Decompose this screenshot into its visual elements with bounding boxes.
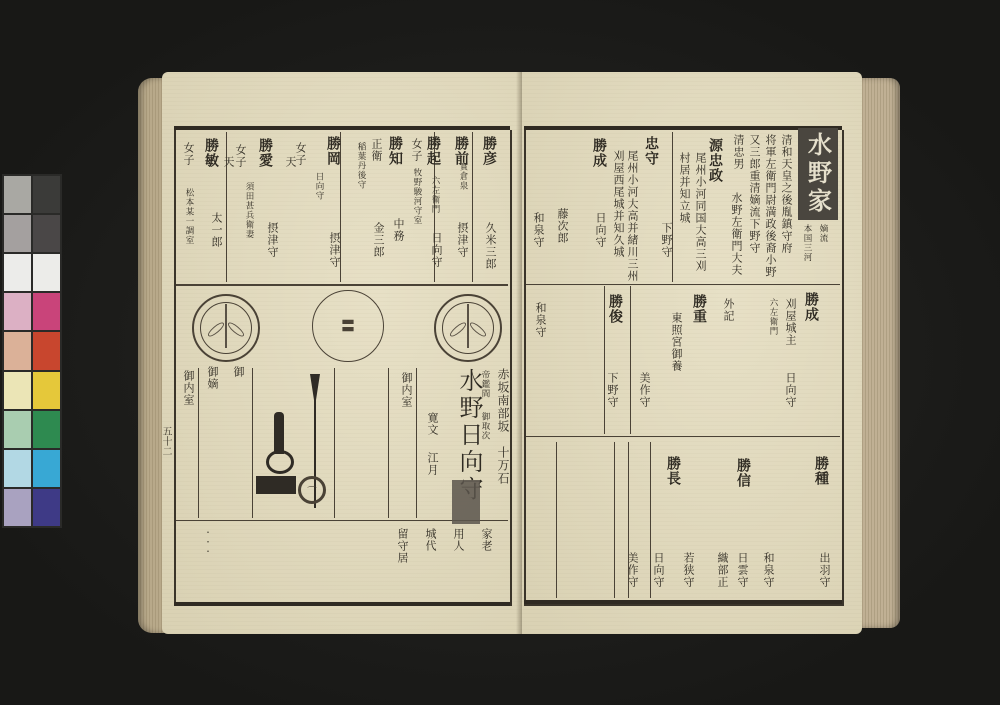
ornament-icon — [266, 450, 294, 474]
family-crest-circle-icon: 〓 — [312, 290, 384, 362]
color-chip-7-left — [4, 411, 31, 448]
lord-residence: 赤坂南部坂 — [496, 368, 509, 433]
color-chip-2-right — [33, 215, 60, 252]
family-title: 水野家 — [798, 128, 838, 220]
color-calibration-chart — [2, 174, 62, 528]
open-book: 勝彦 久米三郎 勝前 實倉泉 摂津守 勝起 六左衛門 日向守 女子 牧野駿河守室… — [138, 68, 900, 638]
section-divider — [526, 436, 840, 437]
stand-base-icon — [256, 476, 296, 494]
procession-label: 御内室 — [182, 370, 195, 406]
section-divider — [526, 284, 840, 285]
color-chip-2-left — [4, 215, 31, 252]
color-chip-3-right — [33, 254, 60, 291]
color-chip-9-left — [4, 489, 31, 526]
family-crest-omodaka-icon — [434, 294, 502, 362]
page-edges-right — [860, 78, 900, 628]
bottom-rule — [174, 602, 510, 606]
color-chip-9-right — [33, 489, 60, 526]
bottom-rule — [524, 600, 842, 604]
color-chip-8-left — [4, 450, 31, 487]
color-chip-6-left — [4, 372, 31, 409]
home-province: 本国三河 — [802, 224, 812, 262]
color-chip-1-right — [33, 176, 60, 213]
wife-label: 御内室 — [400, 372, 413, 408]
standard-pole-icon — [274, 412, 284, 454]
family-crest-omodaka-icon — [192, 294, 260, 362]
color-chip-6-right — [33, 372, 60, 409]
color-chip-5-right — [33, 332, 60, 369]
color-chip-4-left — [4, 293, 31, 330]
color-chip-4-right — [33, 293, 60, 330]
color-chip-1-left — [4, 176, 31, 213]
procession-crest-icon: ⌒ — [298, 476, 326, 504]
right-page: 水野家 嫡流 本国三河 清和天皇之後胤鎮守府 将軍左衛門尉満政後裔小野 又三郎重… — [522, 72, 862, 634]
color-chip-3-left — [4, 254, 31, 291]
seal-mark — [452, 480, 480, 524]
left-page: 勝彦 久米三郎 勝前 實倉泉 摂津守 勝起 六左衛門 日向守 女子 牧野駿河守室… — [162, 72, 522, 634]
genealogy-name: 勝彦 — [482, 136, 495, 166]
color-chip-5-left — [4, 332, 31, 369]
color-chip-8-right — [33, 450, 60, 487]
section-divider — [176, 284, 508, 286]
color-chip-7-right — [33, 411, 60, 448]
page-number: 五十二 — [158, 426, 173, 456]
